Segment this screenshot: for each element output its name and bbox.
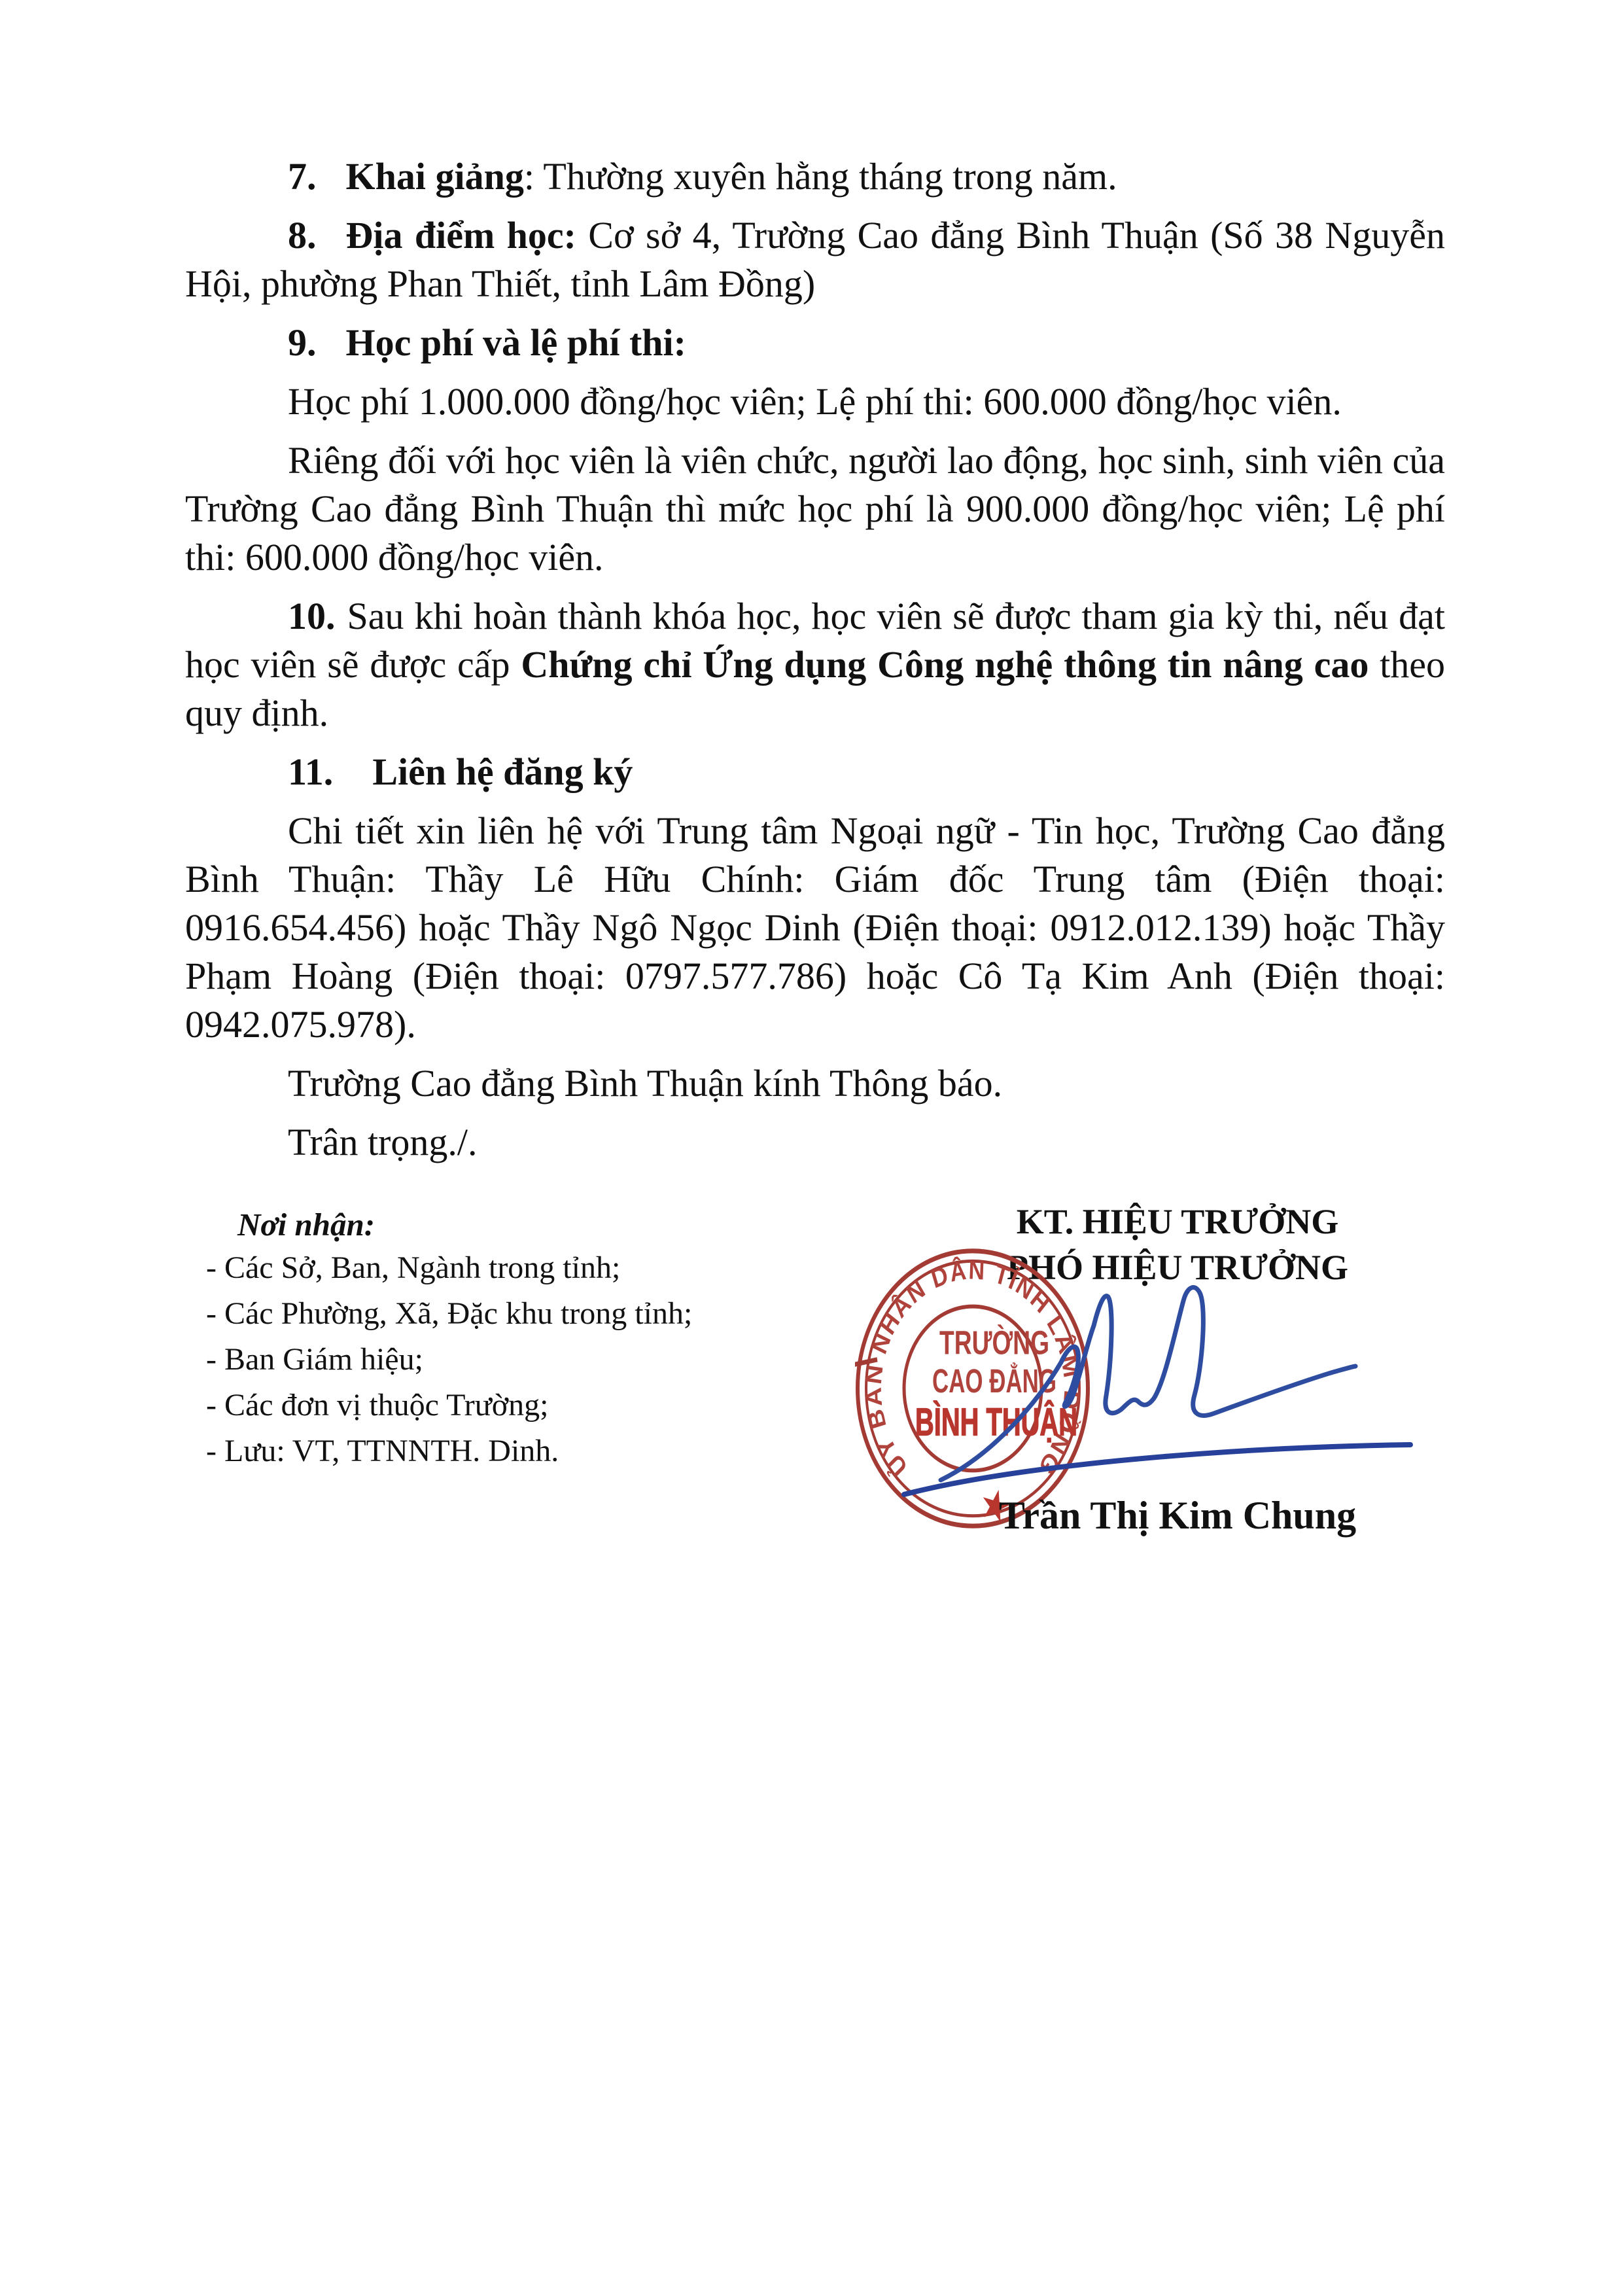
- closing-text: Trường Cao đẳng Bình Thuận kính Thông bá…: [288, 1062, 1002, 1104]
- official-stamp-seal: ỦY BAN NHÂN DÂN TỈNH LÂM ĐỒNG TRƯỜNG CAO…: [855, 1248, 1091, 1529]
- document-page: 7.Khai giảng: Thường xuyên hằng tháng tr…: [0, 0, 1623, 2296]
- item-9-number: 9.: [288, 321, 317, 364]
- item-8-label: Địa điểm học:: [346, 214, 576, 256]
- recipients-list: - Các Sở, Ban, Ngành trong tỉnh; - Các P…: [206, 1245, 692, 1474]
- item-11: 11.Liên hệ đăng ký: [185, 748, 1445, 796]
- recipient-item: - Các Phường, Xã, Đặc khu trong tỉnh;: [206, 1291, 692, 1337]
- recipients-heading: Nơi nhận:: [237, 1206, 375, 1243]
- regards-text: Trân trọng./.: [288, 1121, 478, 1163]
- signer-title-line1: KT. HIỆU TRƯỞNG: [942, 1201, 1413, 1242]
- item-7: 7.Khai giảng: Thường xuyên hằng tháng tr…: [185, 152, 1445, 201]
- item-10: 10.Sau khi hoàn thành khóa học, học viên…: [185, 592, 1445, 737]
- item-8: 8.Địa điểm học: Cơ sở 4, Trường Cao đẳng…: [185, 211, 1445, 308]
- contact-paragraph: Chi tiết xin liên hệ với Trung tâm Ngoại…: [185, 807, 1445, 1049]
- fee-paragraph: Học phí 1.000.000 đồng/học viên; Lệ phí …: [185, 378, 1445, 426]
- closing-notice: Trường Cao đẳng Bình Thuận kính Thông bá…: [185, 1059, 1445, 1108]
- discount-text: Riêng đối với học viên là viên chức, ngư…: [185, 439, 1445, 578]
- recipient-item: - Lưu: VT, TTNNTH. Dinh.: [206, 1428, 692, 1474]
- recipient-item: - Các đơn vị thuộc Trường;: [206, 1383, 692, 1428]
- recipient-item: - Các Sở, Ban, Ngành trong tỉnh;: [206, 1245, 692, 1291]
- stamp-line-binh-thuan: BÌNH THUẬN: [915, 1400, 1077, 1443]
- stamp-line-cao-dang: CAO ĐẲNG: [932, 1362, 1056, 1400]
- contact-text: Chi tiết xin liên hệ với Trung tâm Ngoại…: [185, 809, 1445, 1046]
- item-9: 9.Học phí và lệ phí thi:: [185, 319, 1445, 367]
- recipient-item: - Ban Giám hiệu;: [206, 1337, 692, 1383]
- fee-text: Học phí 1.000.000 đồng/học viên; Lệ phí …: [288, 380, 1342, 423]
- item-9-label: Học phí và lệ phí thi:: [346, 321, 686, 364]
- certificate-name: Chứng chỉ Ứng dụng Công nghệ thông tin n…: [521, 643, 1369, 686]
- regards-line: Trân trọng./.: [185, 1118, 1445, 1167]
- item-8-number: 8.: [288, 214, 317, 256]
- item-7-number: 7.: [288, 155, 317, 198]
- discount-paragraph: Riêng đối với học viên là viên chức, ngư…: [185, 436, 1445, 582]
- item-11-label: Liên hệ đăng ký: [372, 751, 633, 793]
- item-7-label: Khai giảng: [346, 155, 524, 198]
- item-7-text: : Thường xuyên hằng tháng trong năm.: [524, 155, 1117, 198]
- signer-name: Trần Thị Kim Chung: [942, 1493, 1413, 1538]
- document-body: 7.Khai giảng: Thường xuyên hằng tháng tr…: [185, 152, 1445, 1177]
- item-11-number: 11.: [288, 751, 333, 793]
- item-10-number: 10.: [288, 595, 336, 637]
- stamp-line-truong: TRƯỜNG: [939, 1323, 1049, 1362]
